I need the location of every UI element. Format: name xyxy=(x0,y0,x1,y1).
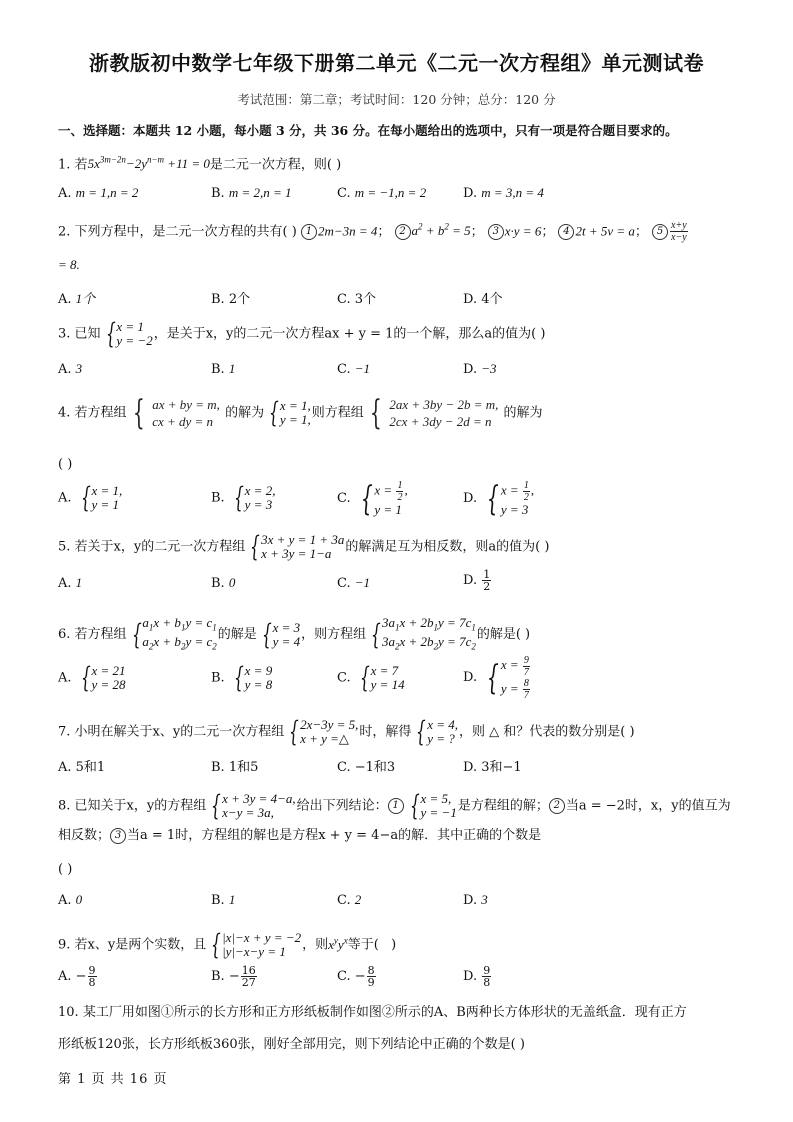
q8-conclusion-1-system: {x = 5,y = −1 xyxy=(406,792,457,820)
section-heading: 一、选择题：本题共 12 小题，每小题 3 分，共 36 分。在每小题给出的选项… xyxy=(58,121,678,139)
circled-2-icon: 2 xyxy=(395,224,411,240)
document-title: 浙教版初中数学七年级下册第二单元《二元一次方程组》单元测试卷 xyxy=(0,47,793,76)
q4-solution: {x = 1,y = 1, xyxy=(265,399,311,427)
q9-system: {|x|−x + y = −2|y|−x−y = 1 xyxy=(207,931,301,959)
q4-option-a[interactable]: A. {x = 1,y = 1 xyxy=(58,484,123,512)
q3-option-b[interactable]: B. 1 xyxy=(211,361,235,377)
q3-option-d[interactable]: D. −3 xyxy=(463,361,497,377)
question-4: 4. 若方程组{ax + by = m,cx + dy = n 的解为{x = … xyxy=(58,396,543,430)
question-10: 10. 某工厂用如图①所示的长方形和正方形纸板制作如图②所示的A、B两种长方体形… xyxy=(58,1004,687,1022)
question-6: 6. 若方程组{a1x + b1y = c1a2x + b2y = c2的解是{… xyxy=(58,616,530,653)
question-1: 1. 若5x3m−2n−2yn−m +11 = 0是二元一次方程，则( ) xyxy=(58,151,341,174)
q1-option-c[interactable]: C. m = −1,n = 2 xyxy=(337,185,426,201)
question-9: 9. 若x、y是两个实数，且{|x|−x + y = −2|y|−x−y = 1… xyxy=(58,931,396,959)
q8-answer-paren: ( ) xyxy=(58,861,72,879)
q6-system-2: {3a1x + 2b1y = 7c13a2x + 2b2y = 7c2 xyxy=(367,616,476,653)
q3-system: {x = 1y = −2 xyxy=(102,320,153,348)
circled-1-icon: 1 xyxy=(388,798,404,814)
q5-option-c[interactable]: C. −1 xyxy=(337,575,370,591)
circled-4-icon: 4 xyxy=(558,224,574,240)
q6-option-a[interactable]: A. {x = 21y = 28 xyxy=(58,664,127,692)
page-number: 第 1 页 共 16 页 xyxy=(58,1068,167,1087)
question-5: 5. 若关于x，y的二元一次方程组{3x + y = 1 + 3ax + 3y … xyxy=(58,533,549,561)
q9-option-d[interactable]: D. 98 xyxy=(463,965,492,988)
q6-solution: {x = 3y = 4 xyxy=(258,621,300,649)
q9-option-c[interactable]: C. −89 xyxy=(337,965,377,988)
q8-option-b[interactable]: B. 1 xyxy=(211,892,235,908)
q7-system: {2x−3y = 5,x + y =△ xyxy=(285,718,358,746)
q3-option-a[interactable]: A. 3 xyxy=(58,361,82,377)
q4-option-c[interactable]: C. {x = 12,y = 1 xyxy=(337,480,409,517)
q5-option-d[interactable]: D. 12 xyxy=(463,569,492,592)
q8-system: {x + 3y = 4−a,x−y = 3a, xyxy=(207,792,295,820)
q4-system-1: {ax + by = m,cx + dy = n xyxy=(128,396,220,430)
circled-5-icon: 5 xyxy=(652,224,668,240)
q2-option-b[interactable]: B. 2个 xyxy=(211,288,250,307)
q4-system-2: {2ax + 3by − 2b = m,2cx + 3dy − 2d = n xyxy=(365,396,499,430)
q8-option-c[interactable]: C. 2 xyxy=(337,892,361,908)
q2-option-c[interactable]: C. 3个 xyxy=(337,288,376,307)
q4-option-b[interactable]: B. {x = 2,y = 3 xyxy=(211,484,276,512)
q9-option-a[interactable]: A. −98 xyxy=(58,965,98,988)
circled-1-icon: 1 xyxy=(301,224,317,240)
q1-option-a[interactable]: A. m = 1,n = 2 xyxy=(58,185,138,201)
q2-continuation: = 8. xyxy=(58,256,80,274)
q7-solution: {x = 4,y = ? xyxy=(412,718,458,746)
q6-option-b[interactable]: B. {x = 9y = 8 xyxy=(211,664,273,692)
question-2: 2. 下列方程中，是二元一次方程的共有( ) 12m−3n = 4； 2a2 +… xyxy=(58,218,689,243)
q5-system: {3x + y = 1 + 3ax + 3y = 1−a xyxy=(246,533,344,561)
circled-3-icon: 3 xyxy=(110,828,126,844)
q8-option-d[interactable]: D. 3 xyxy=(463,892,488,908)
q7-option-d[interactable]: D. 3和−1 xyxy=(463,756,522,775)
question-8: 8. 已知关于x，y的方程组{x + 3y = 4−a,x−y = 3a,给出下… xyxy=(58,792,731,820)
q3-option-c[interactable]: C. −1 xyxy=(337,361,370,377)
q7-option-a[interactable]: A. 5和1 xyxy=(58,756,105,775)
q9-option-b[interactable]: B. −1627 xyxy=(211,965,258,988)
q2-option-a[interactable]: A. 1个 xyxy=(58,288,95,307)
q8-option-a[interactable]: A. 0 xyxy=(58,892,82,908)
q6-option-d[interactable]: D. {x = 97y = 87 xyxy=(463,654,532,701)
q4-option-d[interactable]: D. {x = 12,y = 3 xyxy=(463,480,535,517)
q6-option-c[interactable]: C. {x = 7y = 14 xyxy=(337,664,406,692)
circled-2-icon: 2 xyxy=(549,798,565,814)
exam-info: 考试范围：第二章；考试时间：120 分钟；总分：120 分 xyxy=(0,90,793,108)
question-3: 3. 已知{x = 1y = −2，是关于x，y的二元一次方程ax + y = … xyxy=(58,320,545,348)
circled-3-icon: 3 xyxy=(488,224,504,240)
q4-answer-paren: ( ) xyxy=(58,456,72,474)
q1-option-b[interactable]: B. m = 2,n = 1 xyxy=(211,185,292,201)
q6-system-1: {a1x + b1y = c1a2x + b2y = c2 xyxy=(128,616,217,653)
q7-option-b[interactable]: B. 1和5 xyxy=(211,756,258,775)
q1-option-d[interactable]: D. m = 3,n = 4 xyxy=(463,185,544,201)
q10-line-2: 形纸板120张，长方形纸板360张，刚好全部用完，则下列结论中正确的个数是( ) xyxy=(58,1036,525,1054)
q2-option-d[interactable]: D. 4个 xyxy=(463,288,503,307)
q5-option-a[interactable]: A. 1 xyxy=(58,575,82,591)
q5-option-b[interactable]: B. 0 xyxy=(211,575,235,591)
q8-line-2: 相反数；3当a = 1时，方程组的解也是方程x + y = 4−a的解．其中正确… xyxy=(58,827,541,845)
question-7: 7. 小明在解关于x、y的二元一次方程组{2x−3y = 5,x + y =△时… xyxy=(58,718,635,746)
q7-option-c[interactable]: C. −1和3 xyxy=(337,756,395,775)
